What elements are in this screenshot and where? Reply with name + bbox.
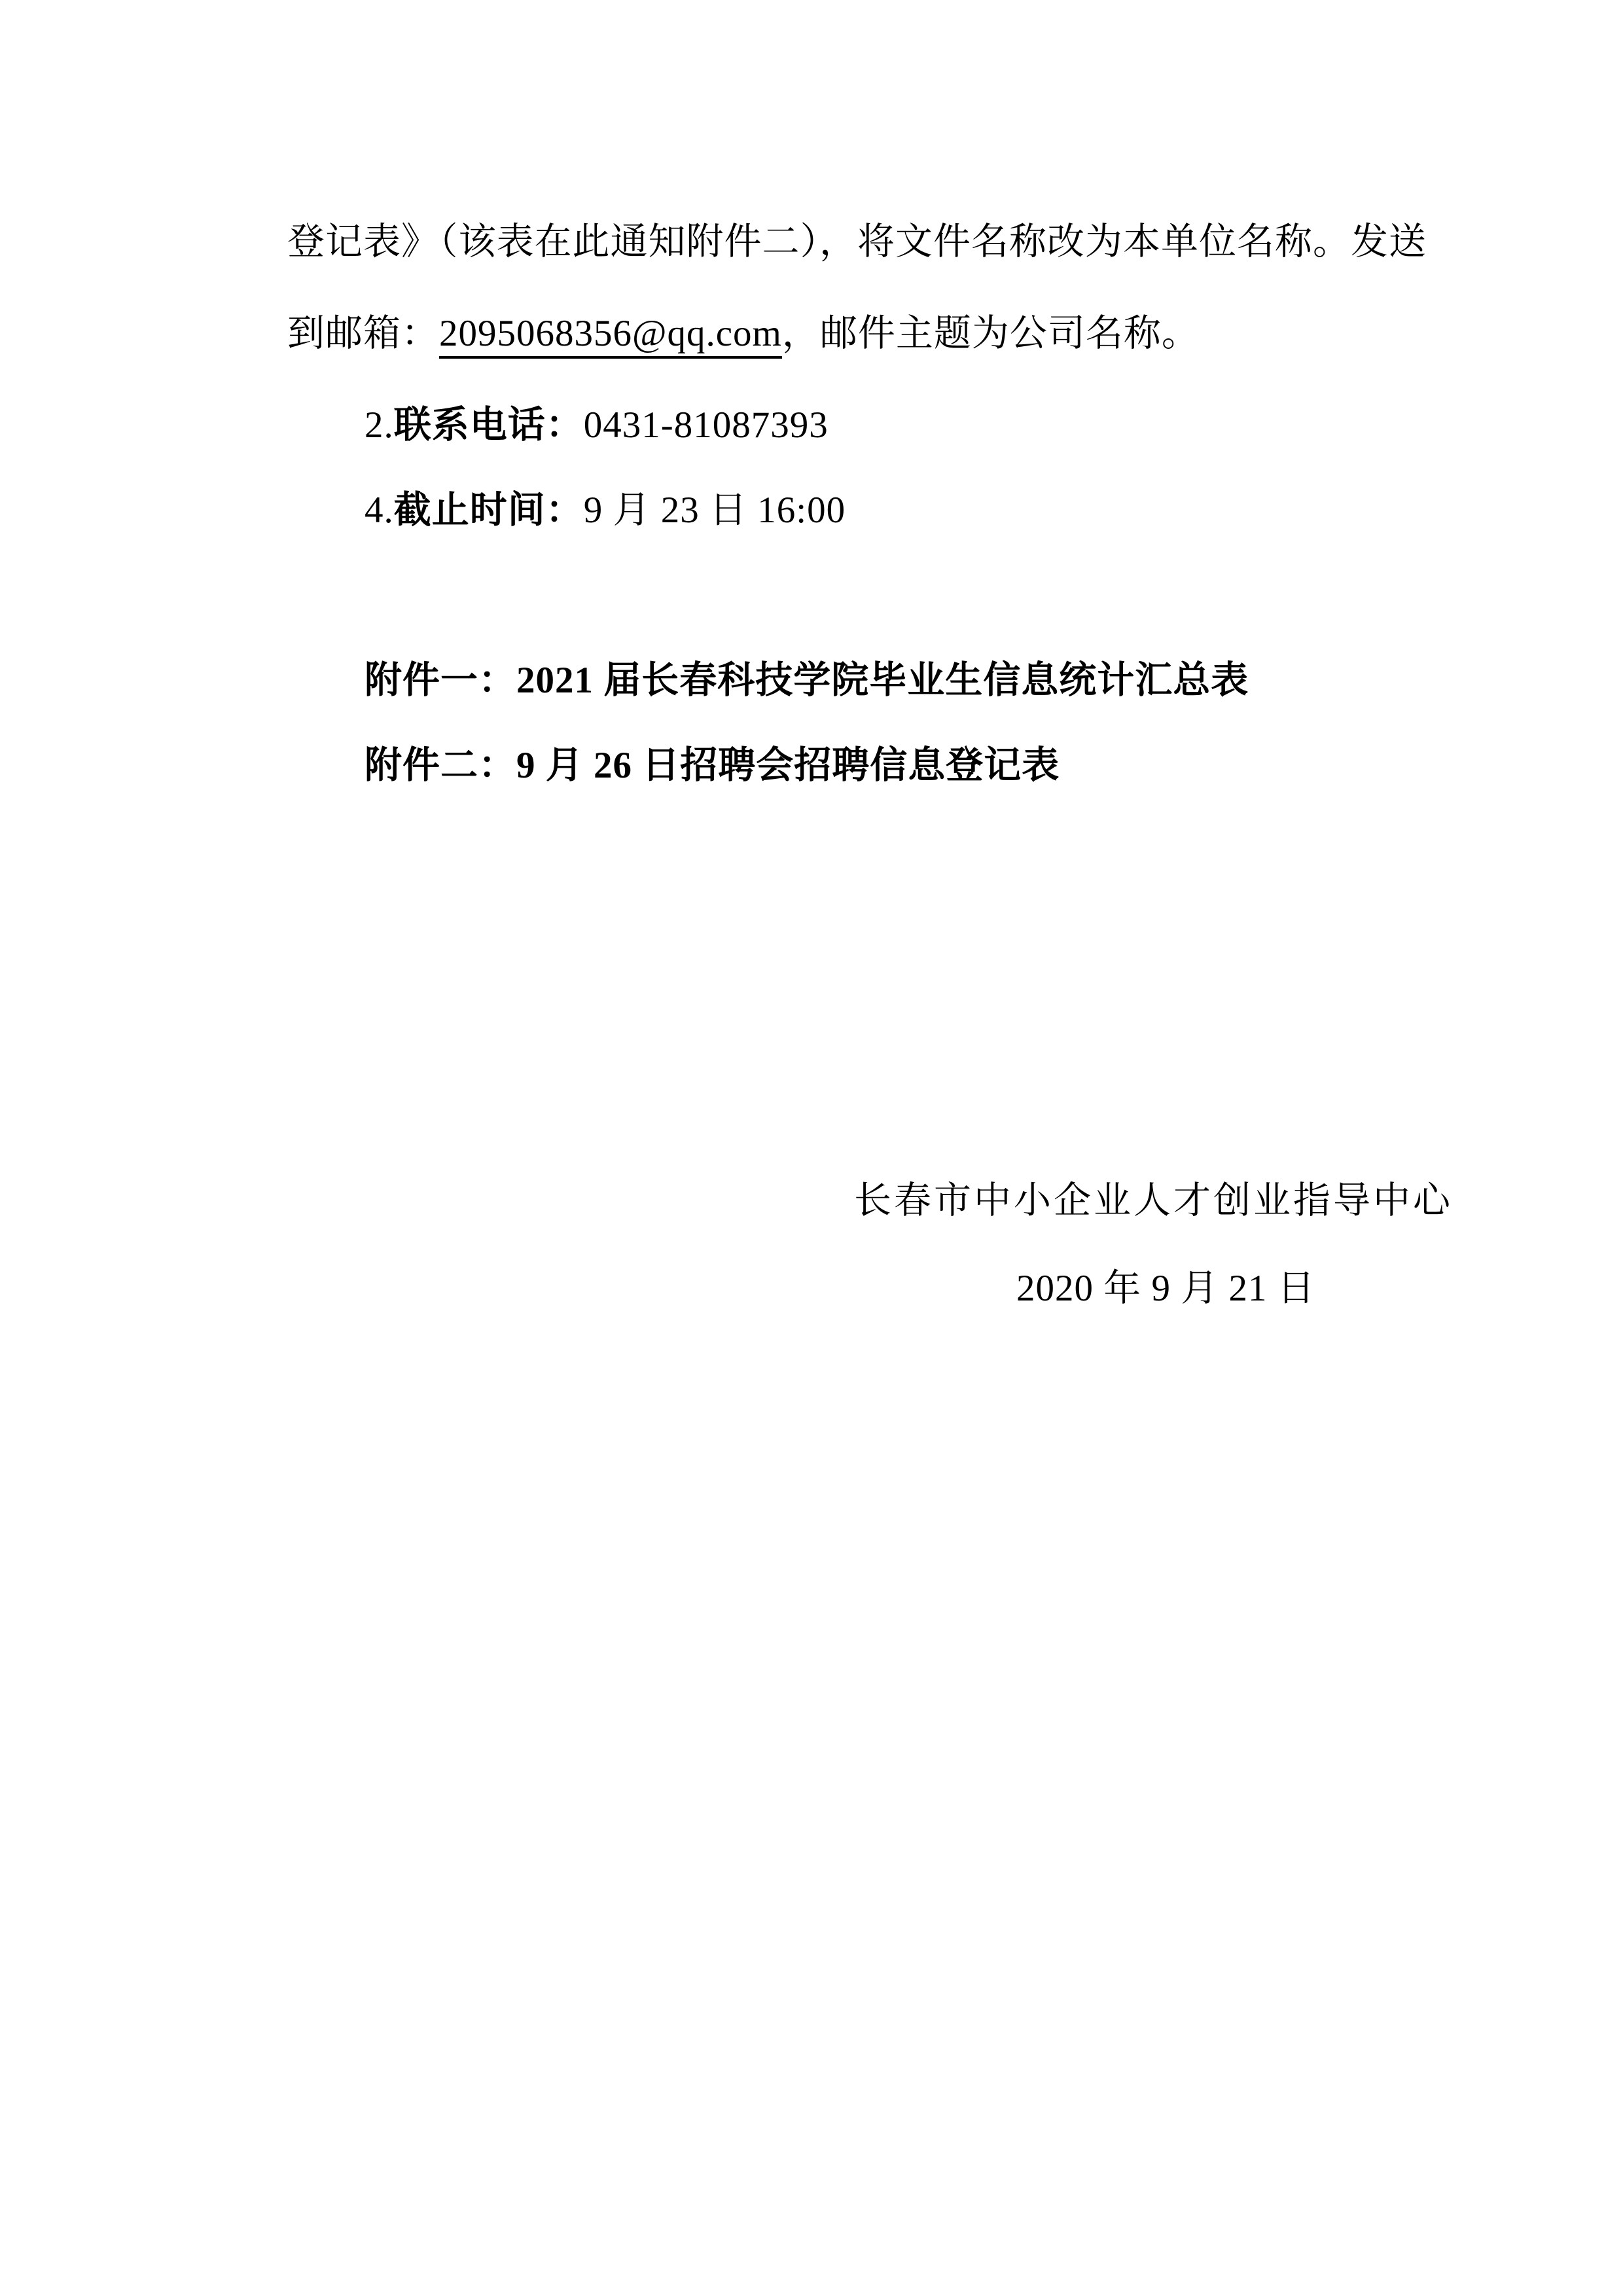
deadline-value: 9 月 23 日 16:00	[584, 490, 846, 531]
email-suffix-text: ，邮件主题为公司名称。	[782, 313, 1200, 354]
deadline-colon: ：	[546, 490, 584, 531]
contact-phone-label: 联系电话	[394, 404, 546, 446]
email-address: 2095068356@qq.com	[439, 313, 782, 359]
signature-date: 2020 年 9 月 21 日	[976, 1219, 1315, 1359]
signature-date-text: 2020 年 9 月 21 日	[1016, 1268, 1315, 1309]
contact-phone-colon: ：	[546, 404, 584, 446]
deadline-number-prefix: 4.	[365, 490, 394, 531]
attachment-2-line: 附件二：9 月 26 日招聘会招聘信息登记表	[325, 696, 1060, 836]
contact-phone-value: 0431-81087393	[584, 404, 829, 446]
contact-phone-number-prefix: 2.	[365, 404, 394, 446]
attachment-2-title: 9 月 26 日招聘会招聘信息登记表	[516, 745, 1060, 786]
attachment-1-title: 2021 届长春科技学院毕业生信息统计汇总表	[516, 660, 1249, 701]
email-prefix-text: 到邮箱：	[287, 313, 439, 354]
signature-organization-text: 长春市中小企业人才创业指导中心	[854, 1180, 1453, 1221]
deadline-label: 截止时间	[394, 490, 546, 531]
attachment-2-label: 附件二：	[365, 745, 516, 786]
attachment-1-label: 附件一：	[365, 660, 516, 701]
document-page: 登记表》（该表在此通知附件二），将文件名称改为本单位名称。发送 到邮箱：2095…	[0, 0, 1623, 2296]
deadline-line: 4.截止时间：9 月 23 日 16:00	[325, 440, 846, 581]
paragraph-line-1-text: 登记表》（该表在此通知附件二），将文件名称改为本单位名称。发送	[287, 221, 1427, 262]
